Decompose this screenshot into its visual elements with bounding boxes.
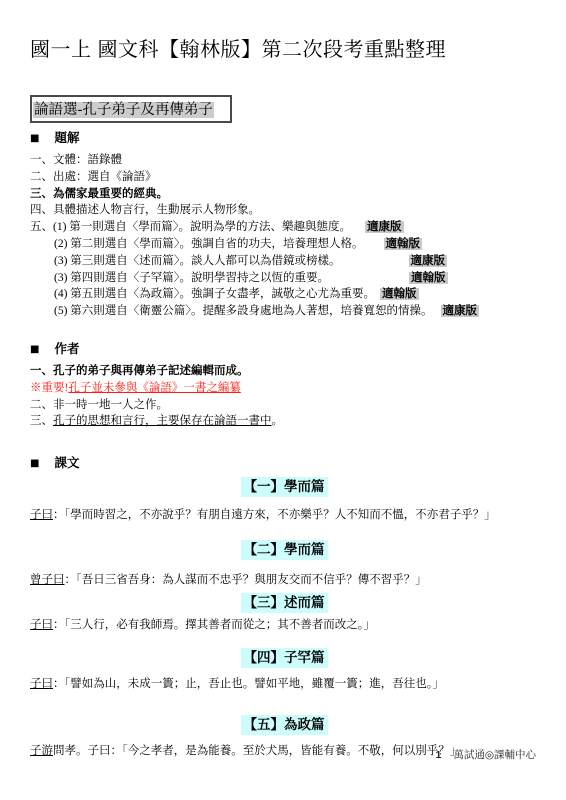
selection-text: (4) 第五則選自〈為政篇〉。強調子女盡孝，誠敬之心尤為重要。 <box>54 288 375 300</box>
page-footer: 1萬試通◎課輔中心 <box>435 747 536 762</box>
selection-row: 五、(1) 第一則選自〈學而篇〉。說明為學的方法、樂趣與態度。適康版 <box>30 219 538 236</box>
selection-row: (3) 第四則選自〈子罕篇〉。說明學習持之以恆的重要。適翰版 <box>30 270 538 287</box>
important-note: ※重要!孔子並未參與《論語》一書之編纂 <box>30 380 538 397</box>
passage-header-highlight: 【四】子罕篇 <box>241 648 328 668</box>
passage-header-2: 【二】學而篇 <box>30 540 538 560</box>
passage-header-highlight: 【二】學而篇 <box>241 540 328 560</box>
author-line-3-underlined: 孔子的思想和言行，主要保存在論語一書中 <box>53 415 272 427</box>
selection-row: (2) 第二則選自〈學而篇〉。強調自省的功夫，培養理想人格。適翰版 <box>30 236 538 253</box>
page-number: 1 <box>435 749 441 761</box>
document-page: 國一上 國文科【翰林版】第二次段考重點整理 論語選-孔子弟子及再傳弟子 ■ 題解… <box>0 0 566 800</box>
passage-text-2: 曾子曰：「吾日三省吾身：為人謀而不忠乎？與朋友交而不信乎？傳不習乎？」 <box>30 572 538 589</box>
passage-body: ：「三人行，必有我師焉。擇其善者而從之；其不善者而改之。」 <box>53 619 375 631</box>
edition-badge: 適康版 <box>409 255 448 267</box>
section-title: 課文 <box>54 456 79 471</box>
selection-text: (2) 第二則選自〈學而篇〉。強調自省的功夫，培養理想人格。 <box>54 238 364 250</box>
tijie-line-3: 三、為儒家最重要的經典。 <box>30 186 538 203</box>
section-heading-author: ■ 作者 <box>30 342 538 357</box>
footer-credit: 萬試通◎課輔中心 <box>453 749 536 761</box>
selection-row: (5) 第六則選自〈衛靈公篇〉。提醒多設身處地為人著想，培養寬恕的情操。適康版 <box>30 303 538 320</box>
section-title: 題解 <box>54 131 79 146</box>
square-bullet-icon: ■ <box>30 456 39 471</box>
passage-header-4: 【四】子罕篇 <box>30 648 538 668</box>
selection-text: (3) 第四則選自〈子罕篇〉。說明學習持之以恆的重要。 <box>54 272 329 284</box>
topic-title: 論語選-孔子弟子及再傳弟子 <box>33 102 214 118</box>
square-bullet-icon: ■ <box>30 342 39 357</box>
edition-badge: 適康版 <box>441 305 480 317</box>
page-title: 國一上 國文科【翰林版】第二次段考重點整理 <box>30 38 538 62</box>
important-text: 孔子並未參與《論語》一書之編纂 <box>68 382 241 394</box>
speaker-name: 子游 <box>30 745 53 757</box>
edition-badge: 適翰版 <box>380 288 419 300</box>
passage-header-highlight: 【三】述而篇 <box>241 593 328 613</box>
square-bullet-icon: ■ <box>30 131 39 146</box>
author-line-3-prefix: 三、 <box>30 415 53 427</box>
passage-body: ：「吾日三省吾身：為人謀而不忠乎？與朋友交而不信乎？傳不習乎？」 <box>65 574 427 586</box>
speaker-name: 曾子曰 <box>30 574 65 586</box>
tijie-line-4: 四、具體描述人物言行，生動展示人物形象。 <box>30 202 538 219</box>
section-heading-tijie: ■ 題解 <box>30 131 538 146</box>
speaker-name: 子曰 <box>30 619 53 631</box>
passage-body: ：「學而時習之，不亦說乎？有朋自遠方來，不亦樂乎？人不知而不慍，不亦君子乎？」 <box>53 509 496 521</box>
important-prefix: ※重要! <box>30 382 68 394</box>
edition-badge: 適康版 <box>365 221 404 233</box>
passage-header-3: 【三】述而篇 <box>30 593 538 613</box>
passage-text-4: 子曰：「譬如為山，未成一簣；止，吾止也。譬如平地，雖覆一簣；進，吾往也。」 <box>30 676 538 693</box>
selection-row: (3) 第三則選自〈述而篇〉。談人人都可以為借鏡或榜樣。適康版 <box>30 253 538 270</box>
author-line-1: 一、孔子的弟子與再傳弟子記述編輯而成。 <box>30 363 538 380</box>
edition-badge: 適翰版 <box>384 238 423 250</box>
passage-body: 問孝。子曰：「今之孝者，是為能養。至於犬馬，皆能有養。不敬，何以別乎？」 <box>53 745 461 757</box>
passage-header-1: 【一】學而篇 <box>30 477 538 497</box>
passage-body: ：「譬如為山，未成一簣；止，吾止也。譬如平地，雖覆一簣；進，吾往也。」 <box>53 678 444 690</box>
tijie-line-2: 二、出處：選自《論語》 <box>30 169 538 186</box>
section-title: 作者 <box>54 342 79 357</box>
selection-row: (4) 第五則選自〈為政篇〉。強調子女盡孝，誠敬之心尤為重要。適翰版 <box>30 286 538 303</box>
author-line-3-suffix: 。 <box>272 415 284 427</box>
speaker-name: 子曰 <box>30 509 53 521</box>
section-heading-kewen: ■ 課文 <box>30 456 538 471</box>
topic-box: 論語選-孔子弟子及再傳弟子 <box>30 95 232 123</box>
passage-text-1: 子曰：「學而時習之，不亦說乎？有朋自遠方來，不亦樂乎？人不知而不慍，不亦君子乎？… <box>30 507 538 524</box>
selection-text: 五、(1) 第一則選自〈學而篇〉。說明為學的方法、樂趣與態度。 <box>30 221 351 233</box>
author-line-3: 三、孔子的思想和言行，主要保存在論語一書中。 <box>30 413 538 430</box>
selection-text: (3) 第三則選自〈述而篇〉。談人人都可以為借鏡或榜樣。 <box>54 255 341 267</box>
passage-header-5: 【五】為政篇 <box>30 715 538 735</box>
passage-header-highlight: 【一】學而篇 <box>241 477 328 497</box>
selection-text: (5) 第六則選自〈衛靈公篇〉。提醒多設身處地為人著想，培養寬恕的情操。 <box>54 305 433 317</box>
speaker-name: 子曰 <box>30 678 53 690</box>
edition-badge: 適翰版 <box>409 272 448 284</box>
passage-header-highlight: 【五】為政篇 <box>241 715 328 735</box>
tijie-line-1: 一、文體：語錄體 <box>30 152 538 169</box>
passage-text-3: 子曰：「三人行，必有我師焉。擇其善者而從之；其不善者而改之。」 <box>30 617 538 634</box>
author-line-2: 二、非一時一地一人之作。 <box>30 397 538 414</box>
